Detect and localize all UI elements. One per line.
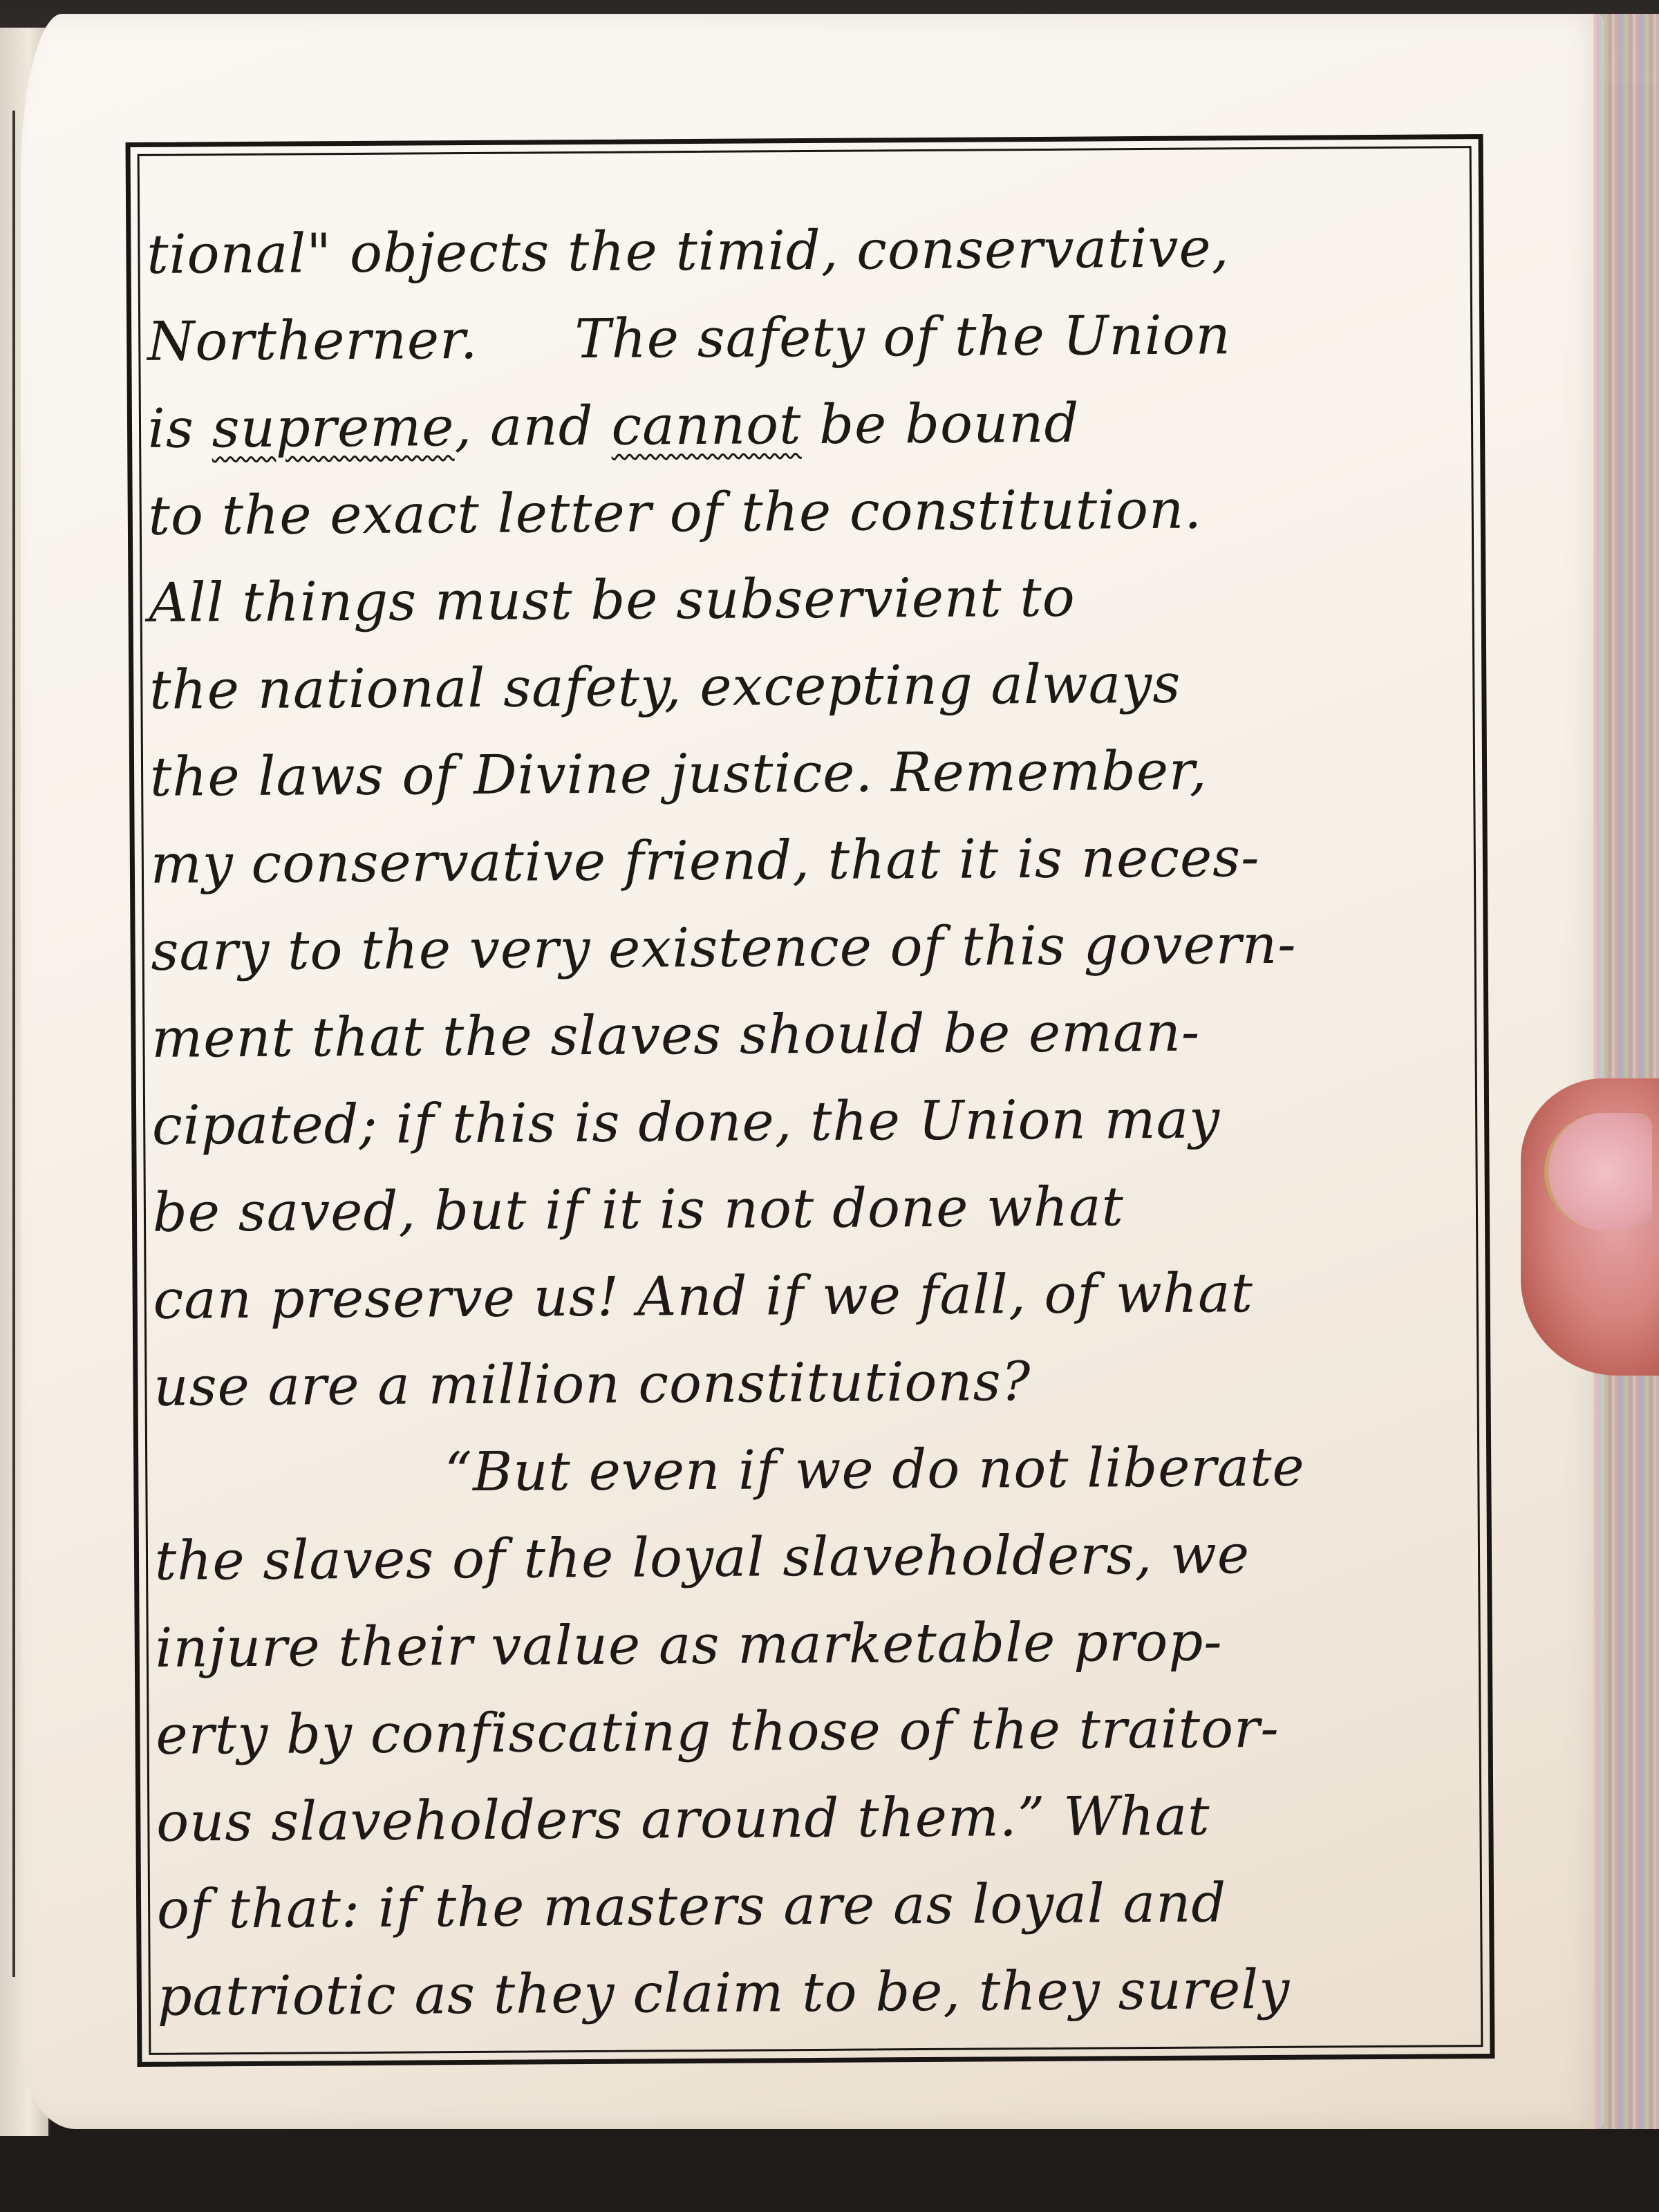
text-line: to the exact letter of the constitution. — [148, 465, 1476, 560]
text-line: be saved, but if it is not done what — [152, 1161, 1480, 1257]
left-page-frame-rule — [12, 111, 15, 1977]
thumbnail — [1544, 1113, 1652, 1230]
text-line: use are a million constitutions? — [153, 1335, 1481, 1431]
marbled-page-edge — [1593, 14, 1659, 2129]
underlined-word-cannot: cannot — [611, 394, 802, 458]
text-line: ous slaveholders around them.” What — [156, 1771, 1484, 1866]
text-line: erty by confiscating those of the traito… — [156, 1684, 1483, 1779]
text-line: tional" objects the timid, conservative, — [147, 203, 1474, 299]
text-line: patriotic as they claim to be, they sure… — [157, 1945, 1485, 2041]
text-line: Northerner.The safety of the Union — [147, 290, 1475, 386]
paragraph-start-line: “But even if we do not liberate — [154, 1423, 1482, 1518]
text-fragment: be bound — [801, 393, 1080, 456]
text-line: can preserve us! And if we fall, of what — [153, 1248, 1481, 1344]
text-line: ment that the slaves should be eman- — [151, 987, 1479, 1082]
text-line: injure their value as marketable prop- — [155, 1597, 1483, 1692]
handwritten-text-block: tional" objects the timid, conservative,… — [147, 203, 1485, 2041]
text-line: my conservative friend, that it is neces… — [150, 813, 1478, 908]
text-line: the laws of Divine justice. Remember, — [150, 726, 1478, 821]
text-line: sary to the very existence of this gover… — [151, 900, 1479, 995]
text-fragment: The safety of the Union — [574, 304, 1231, 371]
text-fragment: , and — [454, 395, 612, 458]
text-line: is supreme, and cannot be bound — [147, 377, 1475, 473]
text-line: cipated; if this is done, the Union may — [152, 1074, 1480, 1170]
text-line: of that: if the masters are as loyal and — [157, 1858, 1485, 1953]
text-fragment: Northerner. — [147, 309, 478, 373]
text-fragment: is — [148, 397, 212, 460]
underlined-word-supreme: supreme — [212, 396, 454, 460]
spacer — [478, 357, 575, 358]
text-line: All things must be subservient to — [149, 552, 1477, 647]
text-line: the slaves of the loyal slaveholders, we — [154, 1510, 1482, 1605]
text-line: the national safety, excepting always — [149, 639, 1477, 734]
